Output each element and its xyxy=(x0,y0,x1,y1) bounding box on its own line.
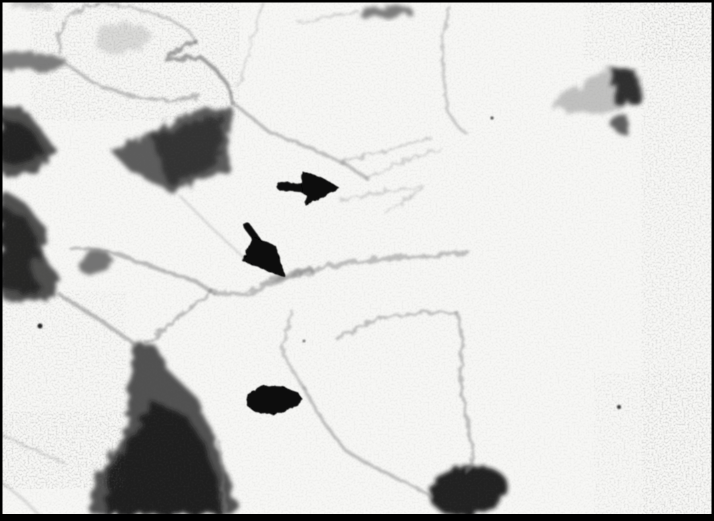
speck-center xyxy=(303,340,306,343)
speck-left xyxy=(38,324,43,329)
noise-bottom-left xyxy=(0,415,115,485)
noise-bottom-right xyxy=(600,380,714,521)
micrograph-figure xyxy=(0,0,714,521)
noise-top-right xyxy=(590,0,714,58)
speck-right xyxy=(617,405,621,409)
micrograph-image xyxy=(0,0,714,521)
frame-left xyxy=(0,0,3,521)
frame-bottom xyxy=(0,514,714,521)
speck-top-center xyxy=(490,116,493,119)
film-grain-noise-layer xyxy=(0,0,714,521)
frame-top xyxy=(0,0,714,3)
noise-top-left-grain xyxy=(40,0,230,115)
